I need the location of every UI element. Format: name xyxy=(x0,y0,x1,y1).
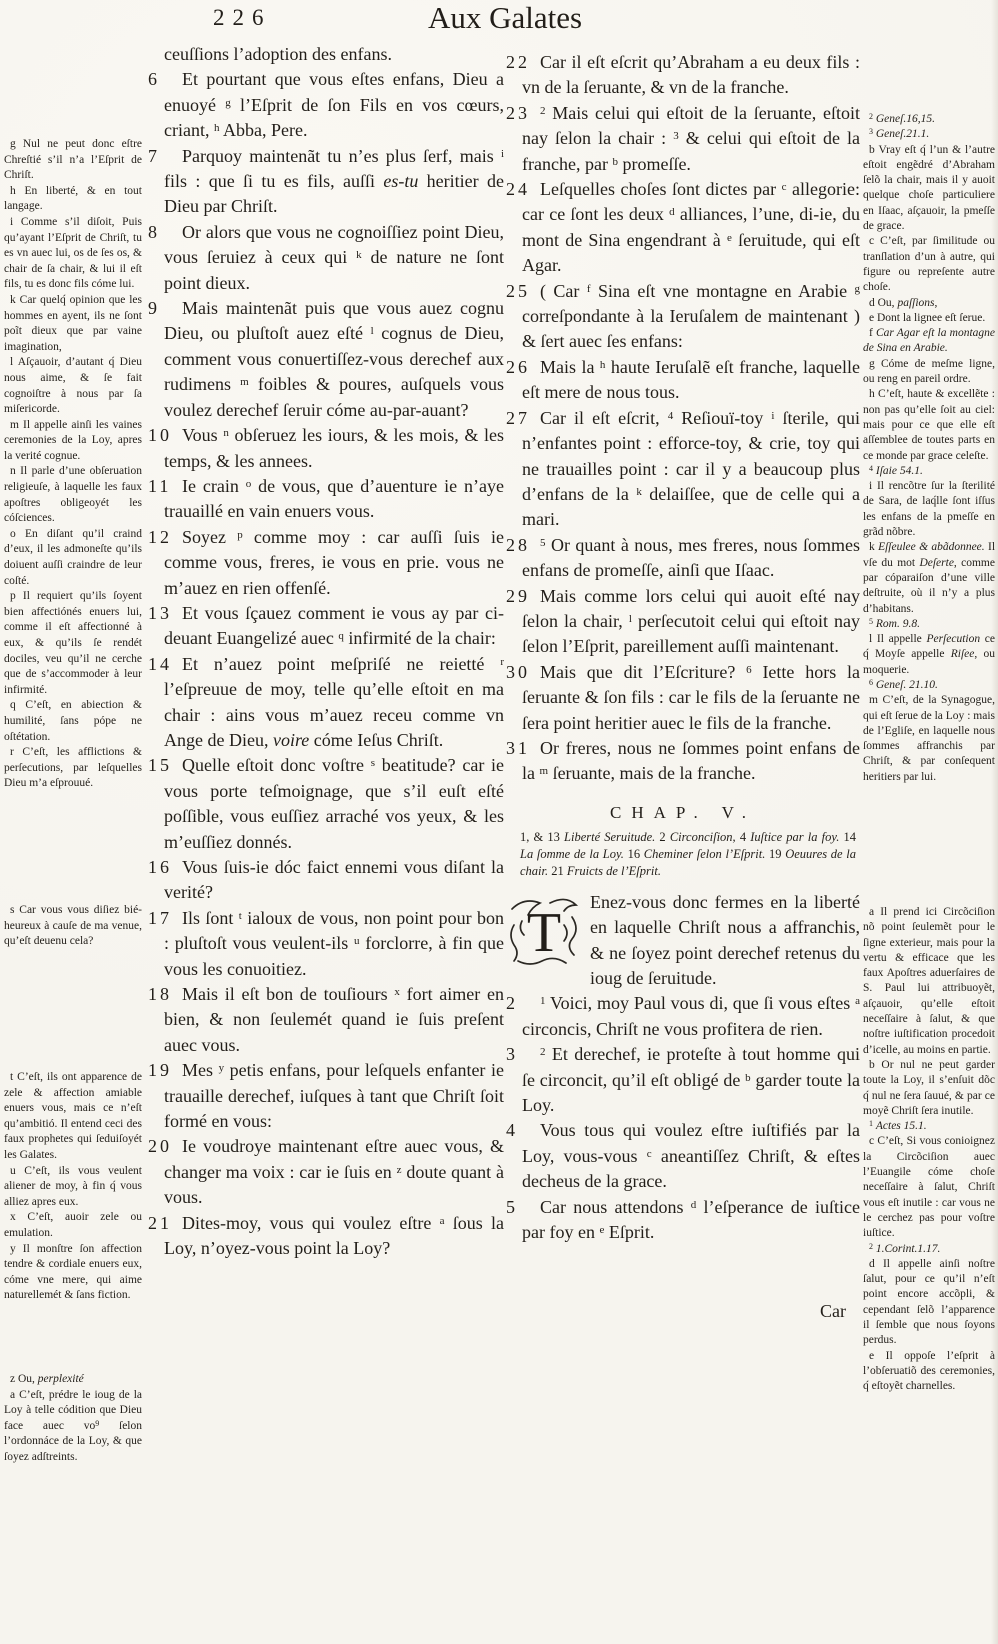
margin-note-h2: h C’eſt, haute & excellẽte : non pas qu’… xyxy=(863,387,995,463)
verse-text: Et n’auez point meſpriſé ne reietté r l’… xyxy=(164,654,504,750)
verse-text: Et pourtant que vous eſtes enfans, Dieu … xyxy=(164,69,504,140)
verse-4-chap5: 4Vous tous qui voulez eſtre iuſtifiés pa… xyxy=(506,1118,860,1194)
margin-note-b: b Vray eſt q́ l’un & l’autre eſtoit engẽ… xyxy=(863,143,995,235)
margin-note-s: s Car vous vous diſiez bié-heureux à cau… xyxy=(4,903,142,950)
verse-12: 12Soyez p comme moy : car auſſi ſuis ie … xyxy=(148,525,504,601)
verse-number: 27 xyxy=(506,406,540,431)
verse-text: Car nous attendons d l’eſperance de iuſt… xyxy=(522,1197,860,1242)
ornamental-initial-T: T xyxy=(506,895,582,969)
verse-text: 2 Mais celui qui eſtoit de la ſeruante, … xyxy=(522,103,860,174)
verse-text: Et vous ſçauez comment ie vous ay par ci… xyxy=(164,603,504,648)
verse-number: 5 xyxy=(506,1195,540,1220)
catchword: Car xyxy=(506,1301,860,1322)
margin-note-a3: a Il prend ici Circõciſion nõ point ſeul… xyxy=(863,905,995,1058)
verse-6: 6Et pourtant que vous eſtes enfans, Dieu… xyxy=(148,67,504,143)
verse-text: Quelle eſtoit donc voſtre s beatitude? c… xyxy=(164,755,504,851)
margin-note-c: c C’eſt, par ſimilitude ou tranſlation d… xyxy=(863,234,995,295)
verse-number: 3 xyxy=(506,1042,540,1067)
verse-9: 9Mais maintenãt puis que vous auez cognu… xyxy=(148,296,504,423)
verse-number: 31 xyxy=(506,736,540,761)
margin-note-i: i Comme s’il diſoit, Puis qu’ayant l’Eſp… xyxy=(4,215,142,293)
verse-number: 25 xyxy=(506,279,540,304)
verse-text: Enez-vous donc fermes en la liberté en l… xyxy=(590,892,860,988)
verse-number: 13 xyxy=(148,601,182,626)
main-text-column-left: ceuſſions l’adoption des enfans. 6Et pou… xyxy=(148,42,504,1262)
verse-text: Mais maintenãt puis que vous auez cognu … xyxy=(164,298,504,420)
chapter-heading: CHAP. V. xyxy=(506,803,860,823)
verse-text: Car il eſt eſcrit, 4 Reſiouï-toy i ſteri… xyxy=(522,408,860,530)
margin-note-h: h En liberté, & en tout langage. xyxy=(4,184,142,215)
book-page: 226 Aux Galates g Nul ne peut donc eſtre… xyxy=(0,0,998,1644)
margin-note-p: p Il requiert qu’ils ſoyent bien affecti… xyxy=(4,589,142,698)
margin-note-d: d Ou, paſſions, xyxy=(863,296,995,311)
margin-note-b3: b Or nul ne peut garder toute la Loy, il… xyxy=(863,1058,995,1119)
verse-11: 11Ie crain o de vous, que d’auenture ie … xyxy=(148,474,504,525)
verse-15: 15Quelle eſtoit donc voſtre s beatitude?… xyxy=(148,753,504,855)
margin-ref-2: 2 Geneſ.16,15. xyxy=(863,112,995,127)
verse-text: Leſquelles choſes ſont dictes par c alle… xyxy=(522,179,860,275)
verse-21: 21Dites-moy, vous qui voulez eſtre a ſou… xyxy=(148,1211,504,1262)
margin-note-e3: e Il oppoſe l’eſprit à l’obſeruatiõ des … xyxy=(863,1349,995,1395)
verse-text: 1 Voici, moy Paul vous di, que ſi vous e… xyxy=(522,993,860,1038)
margin-note-l2: l Il appelle Perſecution ce q́ Moyſe app… xyxy=(863,632,995,678)
margin-note-z: z Ou, perplexité xyxy=(4,1372,142,1388)
verse-number: 23 xyxy=(506,101,540,126)
margin-note-m: m Il appelle ainſi les vaines ceremonies… xyxy=(4,418,142,465)
verse-number: 30 xyxy=(506,660,540,685)
verse-1-chap5: T Enez-vous donc fermes en la liberté en… xyxy=(506,890,860,992)
left-margin-notes-block-3: t C’eſt, ils ont apparence de zele & aff… xyxy=(4,1070,142,1304)
margin-ref-4: 4 Iſaie 54.1. xyxy=(863,464,995,479)
verse-5-chap5: 5Car nous attendons d l’eſperance de iuſ… xyxy=(506,1195,860,1246)
page-title: Aux Galates xyxy=(150,0,860,36)
margin-note-a2: a C’eſt, prédre le ioug de la Loy à tell… xyxy=(4,1388,142,1466)
verse-number: 2 xyxy=(506,991,540,1016)
verse-23: 232 Mais celui qui eſtoit de la ſeruante… xyxy=(506,101,860,177)
verse-number: 6 xyxy=(148,67,182,92)
verse-text: Mes y petis enfans, pour leſquels enfant… xyxy=(164,1060,504,1131)
verse-text: ( Car f Sina eſt vne montagne en Arabie … xyxy=(522,281,860,352)
verse-13: 13Et vous ſçauez comment ie vous ay par … xyxy=(148,601,504,652)
verse-text: Mais il eſt bon de touſiours x fort aime… xyxy=(164,984,504,1055)
verse-number: 28 xyxy=(506,533,540,558)
margin-note-r: r C’eſt, les afflictions & perſecutions,… xyxy=(4,745,142,792)
verse-number: 22 xyxy=(506,50,540,75)
verse-text: ceuſſions l’adoption des enfans. xyxy=(164,44,392,64)
verse-17: 17Ils ſont t ialoux de vous, non point p… xyxy=(148,906,504,982)
verse-number: 16 xyxy=(148,855,182,880)
verse-text: Or freres, nous ne ſommes point enfans d… xyxy=(522,738,860,783)
verse-text: 2 Et derechef, ie proteſte à tout homme … xyxy=(522,1044,860,1115)
margin-ref-1b: 1 Actes 15.1. xyxy=(863,1119,995,1134)
verse-text: Mais comme lors celui qui auoit eſté nay… xyxy=(522,586,860,657)
verse-text: Vous n obſeruez les iours, & les mois, &… xyxy=(164,425,504,470)
verse-19: 19Mes y petis enfans, pour leſquels enfa… xyxy=(148,1058,504,1134)
verse-number: 11 xyxy=(148,474,182,499)
margin-note-f: f Car Agar eſt la montagne de Sina en Ar… xyxy=(863,326,995,357)
verse-text: Vous tous qui voulez eſtre iuſtifiés par… xyxy=(522,1120,860,1191)
verse-text: Or alors que vous ne cognoiſſiez point D… xyxy=(164,222,504,293)
margin-note-x: x C’eſt, auoir zele ou emulation. xyxy=(4,1210,142,1241)
margin-ref-6: 6 Geneſ. 21.10. xyxy=(863,678,995,693)
verse-number: 26 xyxy=(506,355,540,380)
verse-number: 17 xyxy=(148,906,182,931)
verse-text: Mais la h haute Ieruſalẽ eſt franche, la… xyxy=(522,357,860,402)
verse-number: 15 xyxy=(148,753,182,778)
chapter-summary: 1, & 13 Liberté Seruitude. 2 Circonciſio… xyxy=(520,829,856,880)
margin-note-o: o En diſant qu’il craind d’eux, il les a… xyxy=(4,527,142,589)
verse-8: 8Or alors que vous ne cognoiſſiez point … xyxy=(148,220,504,296)
verse-text: Car il eſt eſcrit qu’Abraham a eu deux f… xyxy=(522,52,860,97)
verse-text: Ie crain o de vous, que d’auenture ie n’… xyxy=(164,476,504,521)
verse-number: 10 xyxy=(148,423,182,448)
verse-text: 5 Or quant à nous, mes freres, nous ſomm… xyxy=(522,535,860,580)
verse-number: 12 xyxy=(148,525,182,550)
verse-number: 14 xyxy=(148,652,182,677)
verse-number: 7 xyxy=(148,144,182,169)
verse-3-chap5: 32 Et derechef, ie proteſte à tout homme… xyxy=(506,1042,860,1118)
margin-note-k: k Car quelq́ opinion que les hommes en a… xyxy=(4,293,142,355)
verse-20: 20Ie voudroye maintenant eſtre auec vous… xyxy=(148,1134,504,1210)
verse-number: 19 xyxy=(148,1058,182,1083)
verse-27: 27Car il eſt eſcrit, 4 Reſiouï-toy i ſte… xyxy=(506,406,860,533)
margin-note-d3: d Il appelle ainſi noſtre ſalut, pour ce… xyxy=(863,1257,995,1349)
verse-24: 24Leſquelles choſes ſont dictes par c al… xyxy=(506,177,860,279)
verse-7: 7Parquoy maintenãt tu n’es plus ſerf, ma… xyxy=(148,144,504,220)
left-margin-notes-block-1: g Nul ne peut donc eſtre Chreſtié s’il n… xyxy=(4,137,142,792)
ornamental-initial-T-svg: T xyxy=(506,895,582,969)
margin-note-k2: k Eſſeulee & abãdonnee. Il vſe du mot De… xyxy=(863,540,995,616)
margin-note-g2: g Cóme de meſme ligne, ou reng en pareil… xyxy=(863,357,995,388)
margin-ref-3: 3 Geneſ.21.1. xyxy=(863,127,995,142)
margin-note-y: y Il monſtre ſon affection tendre & cord… xyxy=(4,1242,142,1304)
verse-number: 8 xyxy=(148,220,182,245)
verse-25: 25( Car f Sina eſt vne montagne en Arabi… xyxy=(506,279,860,355)
verse-text: Parquoy maintenãt tu n’es plus ſerf, mai… xyxy=(164,146,504,217)
verse-22: 22Car il eſt eſcrit qu’Abraham a eu deux… xyxy=(506,50,860,101)
right-margin-notes-block-1: 2 Geneſ.16,15. 3 Geneſ.21.1. b Vray eſt … xyxy=(863,112,995,785)
verse-number: 4 xyxy=(506,1118,540,1143)
verse-31: 31Or freres, nous ne ſommes point enfans… xyxy=(506,736,860,787)
verse-text: Dites-moy, vous qui voulez eſtre a ſous … xyxy=(164,1213,504,1258)
margin-note-g: g Nul ne peut donc eſtre Chreſtié s’il n… xyxy=(4,137,142,184)
margin-note-e: e Dont la lignee eſt ſerue. xyxy=(863,311,995,326)
svg-text:T: T xyxy=(527,902,561,964)
verse-10: 10Vous n obſeruez les iours, & les mois,… xyxy=(148,423,504,474)
margin-note-m2: m C’eſt, de la Synagogue, qui eſt ſerue … xyxy=(863,693,995,785)
verse-text: Vous ſuis-ie dóc faict ennemi vous diſan… xyxy=(164,857,504,902)
verse-number: 9 xyxy=(148,296,182,321)
verse-number: 29 xyxy=(506,584,540,609)
verse-number: 20 xyxy=(148,1134,182,1159)
verse-16: 16Vous ſuis-ie dóc faict ennemi vous diſ… xyxy=(148,855,504,906)
verse-number: 18 xyxy=(148,982,182,1007)
verse-2-chap5: 21 Voici, moy Paul vous di, que ſi vous … xyxy=(506,991,860,1042)
right-margin-notes-block-2: a Il prend ici Circõciſion nõ point ſeul… xyxy=(863,905,995,1395)
verse-5-continuation: ceuſſions l’adoption des enfans. xyxy=(148,42,504,67)
margin-note-q: q C’eſt, en abiection & humilité, ſans p… xyxy=(4,698,142,745)
margin-ref-2b: 2 1.Corint.1.17. xyxy=(863,1242,995,1257)
margin-ref-5: 5 Rom. 9.8. xyxy=(863,617,995,632)
margin-note-t: t C’eſt, ils ont apparence de zele & aff… xyxy=(4,1070,142,1164)
left-margin-notes-block-4: z Ou, perplexité a C’eſt, prédre le ioug… xyxy=(4,1372,142,1466)
verse-28: 285 Or quant à nous, mes freres, nous ſo… xyxy=(506,533,860,584)
verse-26: 26Mais la h haute Ieruſalẽ eſt franche, … xyxy=(506,355,860,406)
verse-text: Soyez p comme moy : car auſſi ſuis ie co… xyxy=(164,527,504,598)
verse-number: 24 xyxy=(506,177,540,202)
main-text-column-right: 22Car il eſt eſcrit qu’Abraham a eu deux… xyxy=(506,50,860,1322)
verse-30: 30Mais que dit l’Eſcriture? 6 Iette hors… xyxy=(506,660,860,736)
left-margin-notes-block-2: s Car vous vous diſiez bié-heureux à cau… xyxy=(4,903,142,950)
margin-note-n: n Il parle d’une obſeruation religieuſe,… xyxy=(4,464,142,526)
margin-note-c3: c C’eſt, Si vous conioignez la Circõciſi… xyxy=(863,1134,995,1241)
verse-text: Ie voudroye maintenant eſtre auec vous, … xyxy=(164,1136,504,1207)
verse-29: 29Mais comme lors celui qui auoit eſté n… xyxy=(506,584,860,660)
margin-note-l: l Aſçauoir, d’autant q́ Dieu nous aime, … xyxy=(4,355,142,417)
verse-18: 18Mais il eſt bon de touſiours x fort ai… xyxy=(148,982,504,1058)
verse-number: 21 xyxy=(148,1211,182,1236)
verse-text: Mais que dit l’Eſcriture? 6 Iette hors l… xyxy=(522,662,860,733)
verse-text: Ils ſont t ialoux de vous, non point pou… xyxy=(164,908,504,979)
verse-14: 14Et n’auez point meſpriſé ne reietté r … xyxy=(148,652,504,754)
margin-note-i2: i Il rencõtre ſur la ſterilité de Sara, … xyxy=(863,479,995,540)
margin-note-u: u C’eſt, ils vous veulent aliener de moy… xyxy=(4,1164,142,1211)
